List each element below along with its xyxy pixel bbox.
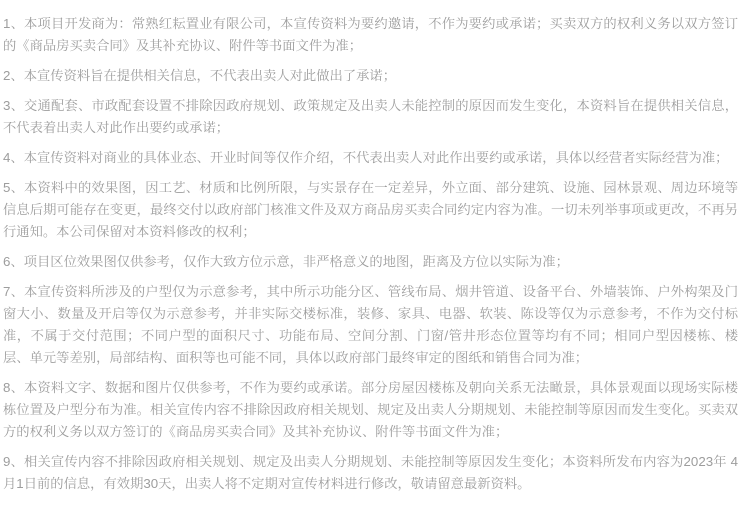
disclaimer-item-3: 3、交通配套、市政配套设置不排除因政府规划、政策规定及出卖人未能控制的原因而发生… xyxy=(3,95,738,139)
disclaimer-item-1: 1、本项目开发商为：常熟红耘置业有限公司，本宣传资料为要约邀请，不作为要约或承诺… xyxy=(3,13,738,57)
disclaimer-text: 1、本项目开发商为：常熟红耘置业有限公司，本宣传资料为要约邀请，不作为要约或承诺… xyxy=(0,0,740,495)
disclaimer-item-8: 8、本资料文字、数据和图片仅供参考，不作为要约或承诺。部分房屋因楼栋及朝向关系无… xyxy=(3,377,738,443)
disclaimer-item-2: 2、本宣传资料旨在提供相关信息，不代表出卖人对此做出了承诺； xyxy=(3,65,738,87)
disclaimer-item-7: 7、本宣传资料所涉及的户型仅为示意参考，其中所示功能分区、管线布局、烟井管道、设… xyxy=(3,281,738,369)
disclaimer-item-4: 4、本宣传资料对商业的具体业态、开业时间等仅作介绍，不代表出卖人对此作出要约或承… xyxy=(3,147,738,169)
disclaimer-item-6: 6、项目区位效果图仅供参考，仅作大致方位示意，非严格意义的地图，距离及方位以实际… xyxy=(3,251,738,273)
disclaimer-item-5: 5、本资料中的效果图，因工艺、材质和比例所限，与实景存在一定差异，外立面、部分建… xyxy=(3,177,738,243)
disclaimer-item-9: 9、相关宣传内容不排除因政府相关规划、规定及出卖人分期规划、未能控制等原因发生变… xyxy=(3,451,738,495)
